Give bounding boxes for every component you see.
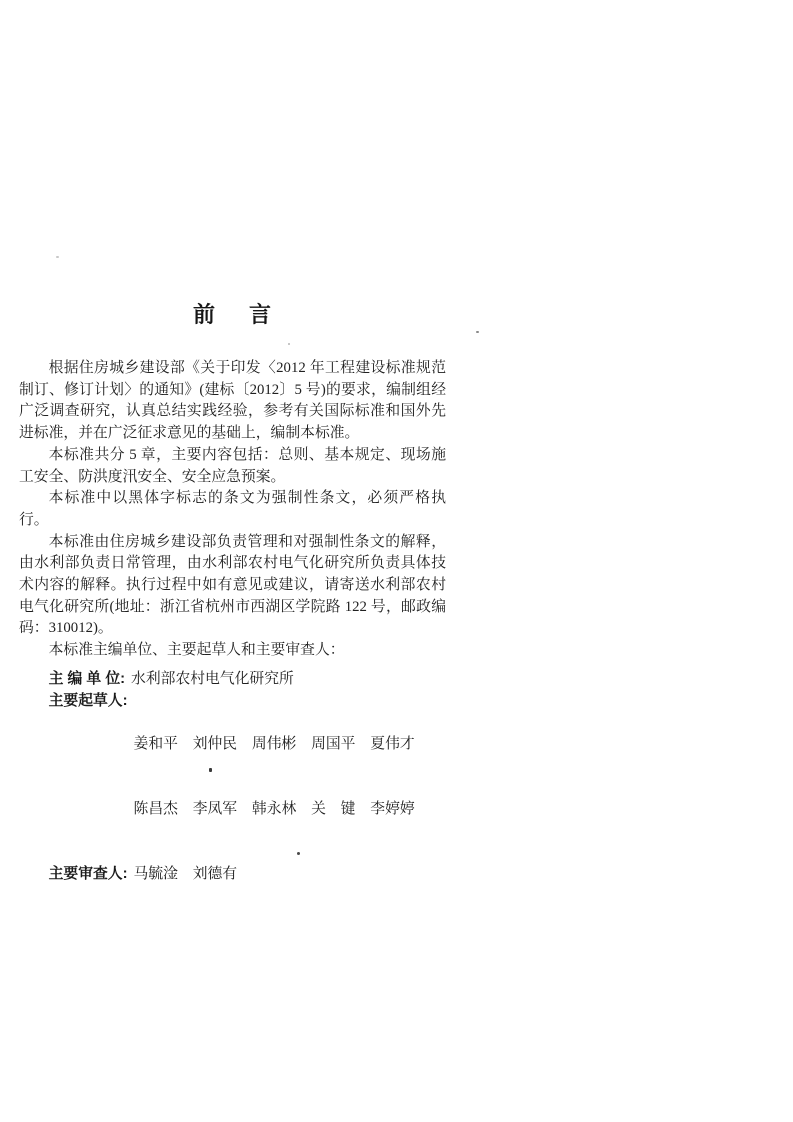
paragraph-mandatory-clauses: 本标准中以黑体字标志的条文为强制性条文，必须严格执行。 xyxy=(19,488,446,531)
drafters-label: 主要起草人: xyxy=(49,691,128,713)
drafters-line-1: 姜和平 刘仲民 周伟彬 周国平 夏伟才 xyxy=(134,734,415,756)
drafters-line-2: 陈昌杰 李凤军 韩永林 关 键 李婷婷 xyxy=(134,799,415,821)
foreword-title: 前 言 xyxy=(19,301,446,329)
scan-speck xyxy=(297,852,300,855)
scan-speck xyxy=(476,331,479,333)
reviewers-label: 主要审查人: xyxy=(49,864,128,886)
scan-speck xyxy=(56,256,59,258)
paragraph-basis: 根据住房城乡建设部《关于印发〈2012 年工程建设标准规范制订、修订计划〉的通知… xyxy=(19,358,446,445)
foreword-body: 根据住房城乡建设部《关于印发〈2012 年工程建设标准规范制订、修订计划〉的通知… xyxy=(19,358,446,886)
scan-speck xyxy=(288,343,290,345)
scan-speck xyxy=(209,768,212,772)
reviewers-row: 主要审查人: 马毓淦 刘德有 xyxy=(19,864,446,886)
drafters-names: 姜和平 刘仲民 周伟彬 周国平 夏伟才 陈昌杰 李凤军 韩永林 关 键 李婷婷 xyxy=(128,691,415,865)
chief-editor-label: 主 编 单 位: xyxy=(49,669,125,691)
drafters-row: 主要起草人: 姜和平 刘仲民 周伟彬 周国平 夏伟才 陈昌杰 李凤军 韩永林 关… xyxy=(19,691,446,865)
paragraph-credits-intro: 本标准主编单位、主要起草人和主要审查人： xyxy=(19,640,446,662)
scanned-document-page: 前 言 根据住房城乡建设部《关于印发〈2012 年工程建设标准规范制订、修订计划… xyxy=(0,0,793,1122)
paragraph-contents: 本标准共分 5 章，主要内容包括：总则、基本规定、现场施工安全、防洪度汛安全、安… xyxy=(19,445,446,488)
chief-editor-value: 水利部农村电气化研究所 xyxy=(125,669,294,691)
reviewers-value: 马毓淦 刘德有 xyxy=(128,864,238,886)
paragraph-management: 本标准由住房城乡建设部负责管理和对强制性条文的解释，由水利部负责日常管理，由水利… xyxy=(19,532,446,641)
credits-section: 主 编 单 位: 水利部农村电气化研究所 主要起草人: 姜和平 刘仲民 周伟彬 … xyxy=(19,669,446,886)
chief-editor-row: 主 编 单 位: 水利部农村电气化研究所 xyxy=(19,669,446,691)
